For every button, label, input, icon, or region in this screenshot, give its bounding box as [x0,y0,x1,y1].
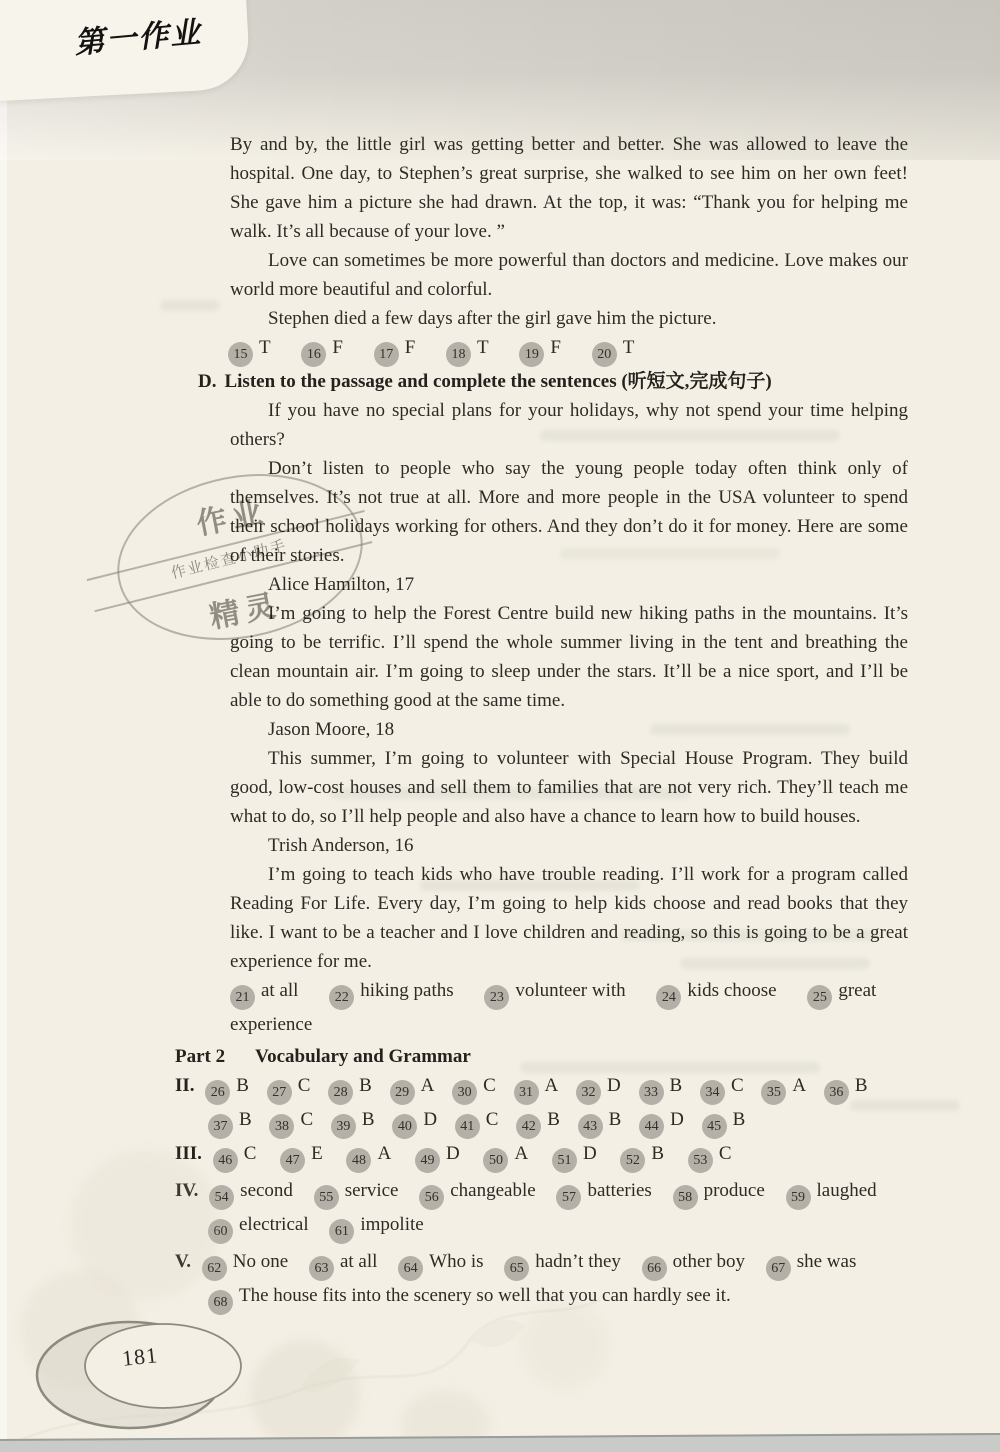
answer-number-badge: 41 [455,1114,480,1139]
answer-number-badge: 65 [504,1256,529,1281]
answer-value: F [550,337,561,358]
answer-item: 27C [267,1075,311,1096]
answer-value: hadn’t they [535,1251,621,1272]
answer-value: C [300,1109,313,1130]
answer-number-badge: 22 [329,985,354,1010]
answer-item: 20T [592,337,635,358]
answer-number-badge: 18 [446,342,471,367]
answer-value: C [719,1143,732,1164]
answer-number-badge: 49 [415,1148,440,1173]
answer-value: A [421,1075,435,1096]
answer-number-badge: 45 [702,1114,727,1139]
answer-value: changeable [450,1180,535,1201]
part2-heading: Part 2Vocabulary and Grammar [175,1042,908,1071]
answer-number-badge: 51 [552,1148,577,1173]
answer-item: 23volunteer with [484,980,625,1001]
answer-number-badge: 27 [267,1080,292,1105]
answer-number-badge: 32 [576,1080,601,1105]
answer-value: F [405,337,416,358]
answer-number-badge: 40 [392,1114,417,1139]
answer-value: service [345,1180,399,1201]
answer-number-badge: 16 [301,342,326,367]
page-number-badge: 181 [30,1318,260,1436]
answer-item: 19F [519,337,561,358]
answer-item: 42B [516,1109,560,1130]
part2-label: Part 2 [175,1046,225,1067]
passage-paragraph-3: Stephen died a few days after the girl g… [230,304,908,333]
answer-item: 46C [213,1143,257,1164]
answer-item: 54second [209,1180,293,1201]
answer-item: 62No one [202,1251,288,1272]
passage-paragraph-2: Love can sometimes be more powerful than… [230,246,908,304]
answer-value: C [298,1075,311,1096]
answer-item: 63at all [309,1251,377,1272]
answer-number-badge: 59 [786,1185,811,1210]
answer-number-badge: 50 [483,1148,508,1173]
answer-item: 45B [702,1109,746,1130]
answer-item: 33B [639,1075,683,1096]
answer-number-badge: 19 [519,342,544,367]
answer-item: 35A [761,1075,806,1096]
speaker-paragraph-alice: I’m going to help the Forest Centre buil… [230,599,908,715]
answer-number-badge: 15 [228,342,253,367]
answer-value: A [377,1143,391,1164]
answer-value: B [609,1109,622,1130]
answer-value: C [244,1143,257,1164]
answer-value: B [362,1109,375,1130]
answer-number-badge: 34 [700,1080,725,1105]
answer-item: 30C [452,1075,496,1096]
answer-value: F [332,337,343,358]
answer-number-badge: 20 [592,342,617,367]
answer-number-badge: 33 [639,1080,664,1105]
answer-item: 52B [620,1143,664,1164]
answer-item: 15T [228,337,271,358]
answer-value: Who is [429,1251,483,1272]
answer-value: volunteer with [515,980,625,1001]
answer-item: 49D [415,1143,460,1164]
answer-item: 67she was [766,1251,857,1272]
answer-item: 58produce [673,1180,765,1201]
answer-number-badge: 38 [269,1114,294,1139]
section-ii-answers-row: II. 26B 27C 28B 29A 30C 31A 32D 33B 34C … [175,1071,908,1139]
answer-number-badge: 37 [208,1114,233,1139]
answer-value: B [855,1075,868,1096]
answer-item: 22hiking paths [329,980,453,1001]
scanned-workbook-page: 第一作业 By and by, the little girl was gett… [0,0,1000,1452]
answer-item: 17F [374,337,416,358]
section-iii-answers-row: III. 46C 47E 48A 49D 50A 51D 52B 53C [175,1139,908,1173]
answer-number-badge: 36 [824,1080,849,1105]
answer-value: hiking paths [360,980,453,1001]
section-d-paragraph-1: If you have no special plans for your ho… [230,396,908,454]
answer-value: at all [340,1251,377,1272]
answer-number-badge: 39 [331,1114,356,1139]
answer-value: D [607,1075,621,1096]
answer-number-badge: 17 [374,342,399,367]
answer-item: 48A [346,1143,391,1164]
answer-value: at all [261,980,298,1001]
answer-value: B [236,1075,249,1096]
speaker-paragraph-jason: This summer, I’m going to volunteer with… [230,744,908,831]
answer-value: T [259,337,271,358]
answer-number-badge: 52 [620,1148,645,1173]
answer-number-badge: 26 [205,1080,230,1105]
answer-item: 26B [205,1075,249,1096]
fill-in-answers-row: 21at all 22hiking paths 23volunteer with… [230,976,908,1039]
answer-value: D [670,1109,684,1130]
answer-number-badge: 31 [514,1080,539,1105]
answer-item: 44D [639,1109,684,1130]
answer-value: second [240,1180,293,1201]
answer-value: E [311,1143,323,1164]
answer-item: 43B [578,1109,622,1130]
answer-value: B [359,1075,372,1096]
answer-value: electrical [239,1214,309,1235]
answer-item: 32D [576,1075,621,1096]
answer-value: B [651,1143,664,1164]
answer-number-badge: 61 [329,1219,354,1244]
answer-number-badge: 30 [452,1080,477,1105]
answer-number-badge: 53 [688,1148,713,1173]
answer-value: B [733,1109,746,1130]
answer-value: D [423,1109,437,1130]
answer-value: other boy [673,1251,745,1272]
publisher-logo-card: 第一作业 [0,0,251,102]
answer-number-badge: 64 [398,1256,423,1281]
answer-value: she was [797,1251,857,1272]
answer-item: 18T [446,337,489,358]
true-false-answers-row: 15T 16F 17F 18T 19F 20T [228,333,908,367]
answer-value: C [483,1075,496,1096]
answer-value: laughed [817,1180,877,1201]
answer-value: B [547,1109,560,1130]
answer-number-badge: 28 [328,1080,353,1105]
crescent-moon-icon [30,1318,260,1436]
answer-item: 64Who is [398,1251,483,1272]
answer-number-badge: 46 [213,1148,238,1173]
page-number: 181 [121,1342,160,1372]
answer-number-badge: 67 [766,1256,791,1281]
section-d-title: Listen to the passage and complete the s… [224,371,771,392]
answer-value: D [446,1143,460,1164]
answer-value: A [545,1075,559,1096]
answer-number-badge: 23 [484,985,509,1010]
answer-item: 60electrical [208,1214,309,1235]
speaker-header-alice: Alice Hamilton, 17 [230,570,908,599]
section-d-heading: D.Listen to the passage and complete the… [198,367,908,396]
answer-value: C [486,1109,499,1130]
answer-value: B [670,1075,683,1096]
answer-item: 39B [331,1109,375,1130]
answer-number-badge: 35 [761,1080,786,1105]
answer-item: 24kids choose [656,980,776,1001]
answer-item: 55service [314,1180,399,1201]
answer-number-badge: 25 [807,985,832,1010]
section-d-label: D. [198,371,216,392]
answer-value: B [239,1109,252,1130]
answer-value: produce [704,1180,765,1201]
answer-value: T [477,337,489,358]
answer-number-badge: 24 [656,985,681,1010]
answer-item: 56changeable [419,1180,535,1201]
part2-title: Vocabulary and Grammar [255,1046,471,1067]
answer-item: 53C [688,1143,732,1164]
answer-item: 61impolite [329,1214,423,1235]
answer-item: 38C [269,1109,313,1130]
answer-number-badge: 63 [309,1256,334,1281]
answer-number-badge: 44 [639,1114,664,1139]
answer-number-badge: 48 [346,1148,371,1173]
answer-item: 41C [455,1109,499,1130]
answer-item: 16F [301,337,343,358]
answer-number-badge: 55 [314,1185,339,1210]
answer-item: 37B [208,1109,252,1130]
answer-item: 51D [552,1143,597,1164]
passage-paragraph-1: By and by, the little girl was getting b… [230,130,908,246]
answer-item: 34C [700,1075,744,1096]
answer-value: No one [233,1251,288,1272]
answer-number-badge: 42 [516,1114,541,1139]
answer-value: kids choose [687,980,776,1001]
answer-value: A [792,1075,806,1096]
answer-value: D [583,1143,597,1164]
answer-number-badge: 56 [419,1185,444,1210]
answer-number-badge: 47 [280,1148,305,1173]
answer-number-badge: 29 [390,1080,415,1105]
answer-item: 28B [328,1075,372,1096]
answer-value: A [514,1143,528,1164]
series-logo-calligraphy: 第一作业 [72,7,203,62]
answer-item: 66other boy [642,1251,745,1272]
answer-value: batteries [587,1180,651,1201]
answer-value: T [623,337,635,358]
answer-number-badge: 58 [673,1185,698,1210]
answer-item: 21at all [230,980,298,1001]
section-d-paragraph-2: Don’t listen to people who say the young… [230,454,908,570]
answer-item: 47E [280,1143,323,1164]
answer-item: 59laughed [786,1180,877,1201]
answer-item: 40D [392,1109,437,1130]
answer-number-badge: 66 [642,1256,667,1281]
answer-value: C [731,1075,744,1096]
scan-left-edge [0,0,7,1452]
page-content: By and by, the little girl was getting b… [175,130,908,1315]
speaker-paragraph-trish: I’m going to teach kids who have trouble… [230,860,908,976]
answer-number-badge: 21 [230,985,255,1010]
answer-item: 31A [514,1075,559,1096]
answer-value: impolite [360,1214,423,1235]
answer-item: 36B [824,1075,868,1096]
answer-item: 57batteries [556,1180,651,1201]
section-ii-label: II. [175,1075,195,1096]
speaker-header-jason: Jason Moore, 18 [230,715,908,744]
section-iv-answers-row: IV. 54second 55service 56changeable 57ba… [175,1176,908,1244]
answer-item: 50A [483,1143,528,1164]
speaker-header-trish: Trish Anderson, 16 [230,831,908,860]
answer-item: 29A [390,1075,435,1096]
answer-number-badge: 43 [578,1114,603,1139]
answer-number-badge: 57 [556,1185,581,1210]
answer-item: 65hadn’t they [504,1251,621,1272]
